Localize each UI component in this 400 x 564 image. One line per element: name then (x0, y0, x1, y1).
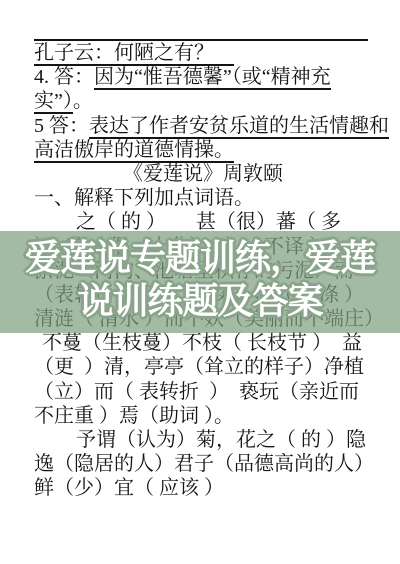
doc-line: 4. 答：因为“惟吾德馨”（或“精神充 (34, 65, 372, 89)
doc-line: 不庄重 ）焉（助词 ）。 (34, 404, 372, 428)
answer-text-segment: 表达了作者安贫乐道的生活情趣和 (89, 115, 389, 139)
doc-line: （立）而（ 表转折 ） 亵玩（亲近而 (34, 380, 372, 404)
text-segment: 之（ 的 ） 甚（很）蕃（ 多 (76, 211, 341, 233)
answer-text-segment: 高洁傲岸的道德情操。 (34, 139, 234, 163)
doc-line: 逸（隐居的人）君子（品德高尚的人） (34, 452, 372, 476)
watermark-title-line1: 爱莲说专题训练，爱莲 (25, 237, 375, 278)
watermark-title-line2: 说训练题及答案 (77, 280, 322, 321)
text-segment: 。 (73, 90, 93, 112)
text-segment: （立）而（ 表转折 ） 亵玩（亲近而 (34, 381, 359, 403)
text-segment: 逸（隐居的人）君子（品德高尚的人） (34, 453, 374, 475)
text-segment: 一、解释下列加点词语。 (34, 187, 254, 209)
text-segment: 予谓（认为）菊，花之（ 的 ）隐 (76, 429, 366, 451)
doc-line: 予谓（认为）菊，花之（ 的 ）隐 (34, 428, 372, 452)
doc-line: 不蔓（生枝蔓）不枝（ 长枝节 ） 益 (34, 331, 372, 355)
doc-line: 鲜（少）宜（ 应该 ） (34, 476, 372, 500)
doc-line: 高洁傲岸的道德情操。 (34, 138, 372, 162)
answer-text-segment: 孔子云：何陋之有？ (34, 42, 234, 66)
text-segment: 《爱莲说》周敦颐 (123, 163, 283, 185)
doc-line: （更 ）清，亭亭（耸立的样子）净植 (34, 355, 372, 379)
doc-line: 5 答：表达了作者安贫乐道的生活情趣和 (34, 114, 372, 138)
watermark-title: 爱莲说专题训练，爱莲说训练题及答案 (0, 236, 400, 322)
answer-text-segment: 实”） (34, 90, 73, 114)
text-segment: 不蔓（生枝蔓）不枝（ 长枝节 ） 益 (42, 332, 362, 354)
text-segment: 鲜（少）宜（ 应该 ） (34, 477, 224, 499)
doc-line: 《爱莲说》周敦颐 (34, 162, 372, 186)
doc-line: 一、解释下列加点词语。 (34, 186, 372, 210)
doc-line: 孔子云：何陋之有？ (34, 41, 372, 65)
answer-text-segment: 因为“惟吾德馨”（或“精神充 (94, 66, 331, 90)
document-page: 孔子云：何陋之有？ 4. 答：因为“惟吾德馨”（或“精神充实”）。5 答：表达了… (0, 0, 400, 564)
doc-line: 实”）。 (34, 89, 372, 113)
text-segment: 不庄重 ）焉（助词 ）。 (34, 405, 234, 427)
text-segment: 5 答： (34, 115, 89, 137)
text-segment: （更 ）清，亭亭（耸立的样子）净植 (34, 356, 364, 378)
text-segment: 4. 答： (34, 66, 94, 88)
